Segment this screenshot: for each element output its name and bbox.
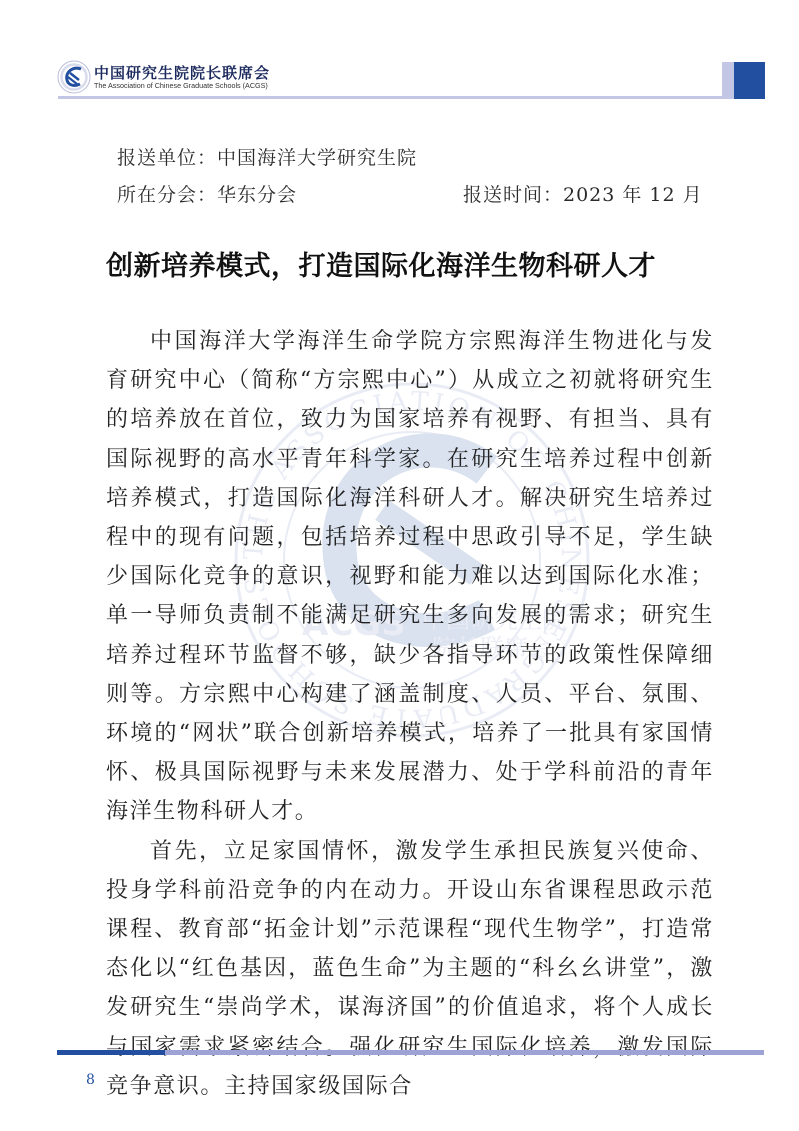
header-accent-light-block [722, 62, 734, 99]
paragraph-2: 首先，立足家国情怀，激发学生承担民族复兴使命、投身学科前沿竞争的内在动力。开设山… [106, 832, 714, 1106]
submitting-unit: 报送单位：中国海洋大学研究生院 [117, 143, 417, 170]
header-divider [58, 96, 722, 99]
branch: 所在分会：华东分会 [117, 180, 297, 207]
footer-accent-light [165, 1050, 764, 1055]
article-body: 中国海洋大学海洋生命学院方宗熙海洋生物进化与发育研究中心（简称“方宗熙中心”）从… [106, 322, 714, 1106]
page-number: 8 [86, 1072, 95, 1088]
article-title: 创新培养模式，打造国际化海洋生物科研人才 [106, 244, 726, 283]
submit-time: 报送时间：2023 年 12 月 [463, 180, 703, 207]
header-accent-dark-block [734, 62, 765, 99]
org-name-en: The Association of Chinese Graduate Scho… [94, 81, 268, 90]
footer-accent-dark [57, 1050, 165, 1055]
paragraph-1: 中国海洋大学海洋生命学院方宗熙海洋生物进化与发育研究中心（简称“方宗熙中心”）从… [106, 322, 714, 832]
acgs-logo-icon [57, 60, 91, 94]
org-name-cn: 中国研究生院院长联席会 [94, 62, 270, 83]
